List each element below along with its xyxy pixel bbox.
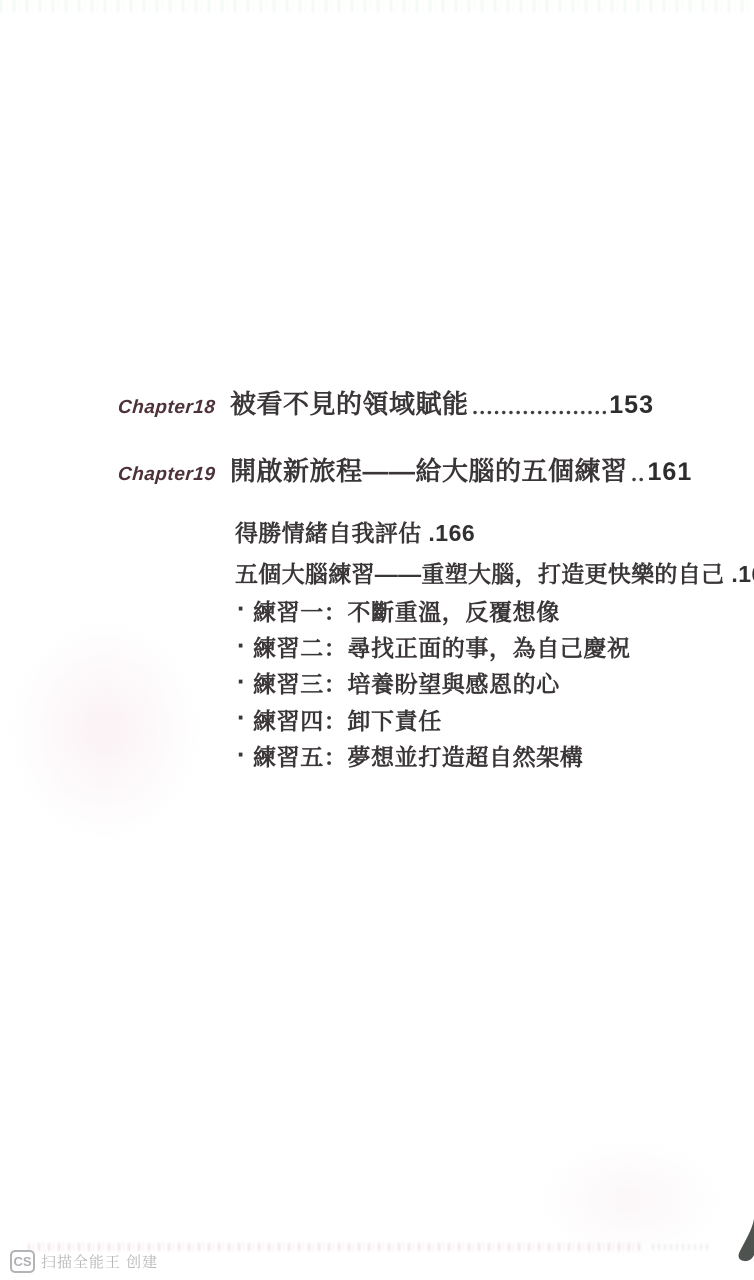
bullet-dot: · [237, 632, 253, 658]
camscanner-logo-icon: CS [10, 1250, 35, 1273]
dot-leader [631, 476, 645, 483]
scan-noise-blob [10, 620, 200, 840]
chapter-page-number: 153 [609, 391, 654, 420]
chapter-label: Chapter19 [117, 464, 231, 486]
bullet-dot: · [237, 741, 253, 767]
bullet-dot: · [237, 595, 253, 621]
chapter-title: 被看不見的領域賦能 [230, 384, 469, 421]
section-title: 五個大腦練習——重塑大腦，打造更快樂的自己 [235, 561, 724, 587]
scan-artifact-line [652, 1244, 712, 1250]
exercise-bullet-list: · 練習一：不斷重溫，反覆想像 · 練習二：尋找正面的事，為自己慶祝 · 練習三… [237, 592, 631, 774]
toc-chapter-row-18: Chapter18 被看不見的領域賦能 153 [118, 384, 654, 421]
toc-section-row: 五個大腦練習——重塑大腦，打造更快樂的自己.169 [235, 556, 754, 589]
bullet-dot: · [237, 704, 253, 730]
scan-noise-top [0, 0, 754, 12]
bullet-text: 練習一：不斷重溫，反覆想像 [253, 594, 560, 627]
bullet-text: 練習五：夢想並打造超自然架構 [253, 739, 583, 772]
list-item: · 練習三：培養盼望與感恩的心 [237, 665, 631, 701]
chapter-title: 開啟新旅程——給大腦的五個練習 [230, 451, 628, 488]
bullet-text: 練習四：卸下責任 [253, 703, 442, 736]
scanned-book-page: Chapter18 被看不見的領域賦能 153 Chapter19 開啟新旅程—… [0, 0, 754, 1280]
watermark-text: 扫描全能王 创建 [41, 1251, 158, 1272]
list-item: · 練習五：夢想並打造超自然架構 [237, 738, 631, 774]
bullet-text: 練習三：培養盼望與感恩的心 [253, 666, 560, 699]
toc-chapter-row-19: Chapter19 開啟新旅程——給大腦的五個練習 161 [118, 451, 654, 488]
dot-leader [472, 409, 607, 416]
section-title: 得勝情緒自我評估 [235, 520, 421, 546]
chapter-page-number: 161 [648, 458, 693, 487]
list-item: · 練習四：卸下責任 [237, 701, 631, 737]
section-page-ref: .166 [428, 520, 475, 546]
camscanner-watermark: CS 扫描全能王 创建 [10, 1250, 158, 1273]
page-corner-mark [736, 1216, 754, 1264]
toc-section-row: 得勝情緒自我評估.166 [235, 515, 475, 548]
section-page-ref: .169 [731, 561, 754, 587]
list-item: · 練習一：不斷重溫，反覆想像 [237, 592, 631, 628]
chapter-label: Chapter18 [117, 397, 231, 419]
bullet-text: 練習二：尋找正面的事，為自己慶祝 [253, 630, 631, 663]
bullet-dot: · [237, 668, 253, 694]
scan-noise-blob [540, 1140, 720, 1260]
list-item: · 練習二：尋找正面的事，為自己慶祝 [237, 628, 631, 664]
